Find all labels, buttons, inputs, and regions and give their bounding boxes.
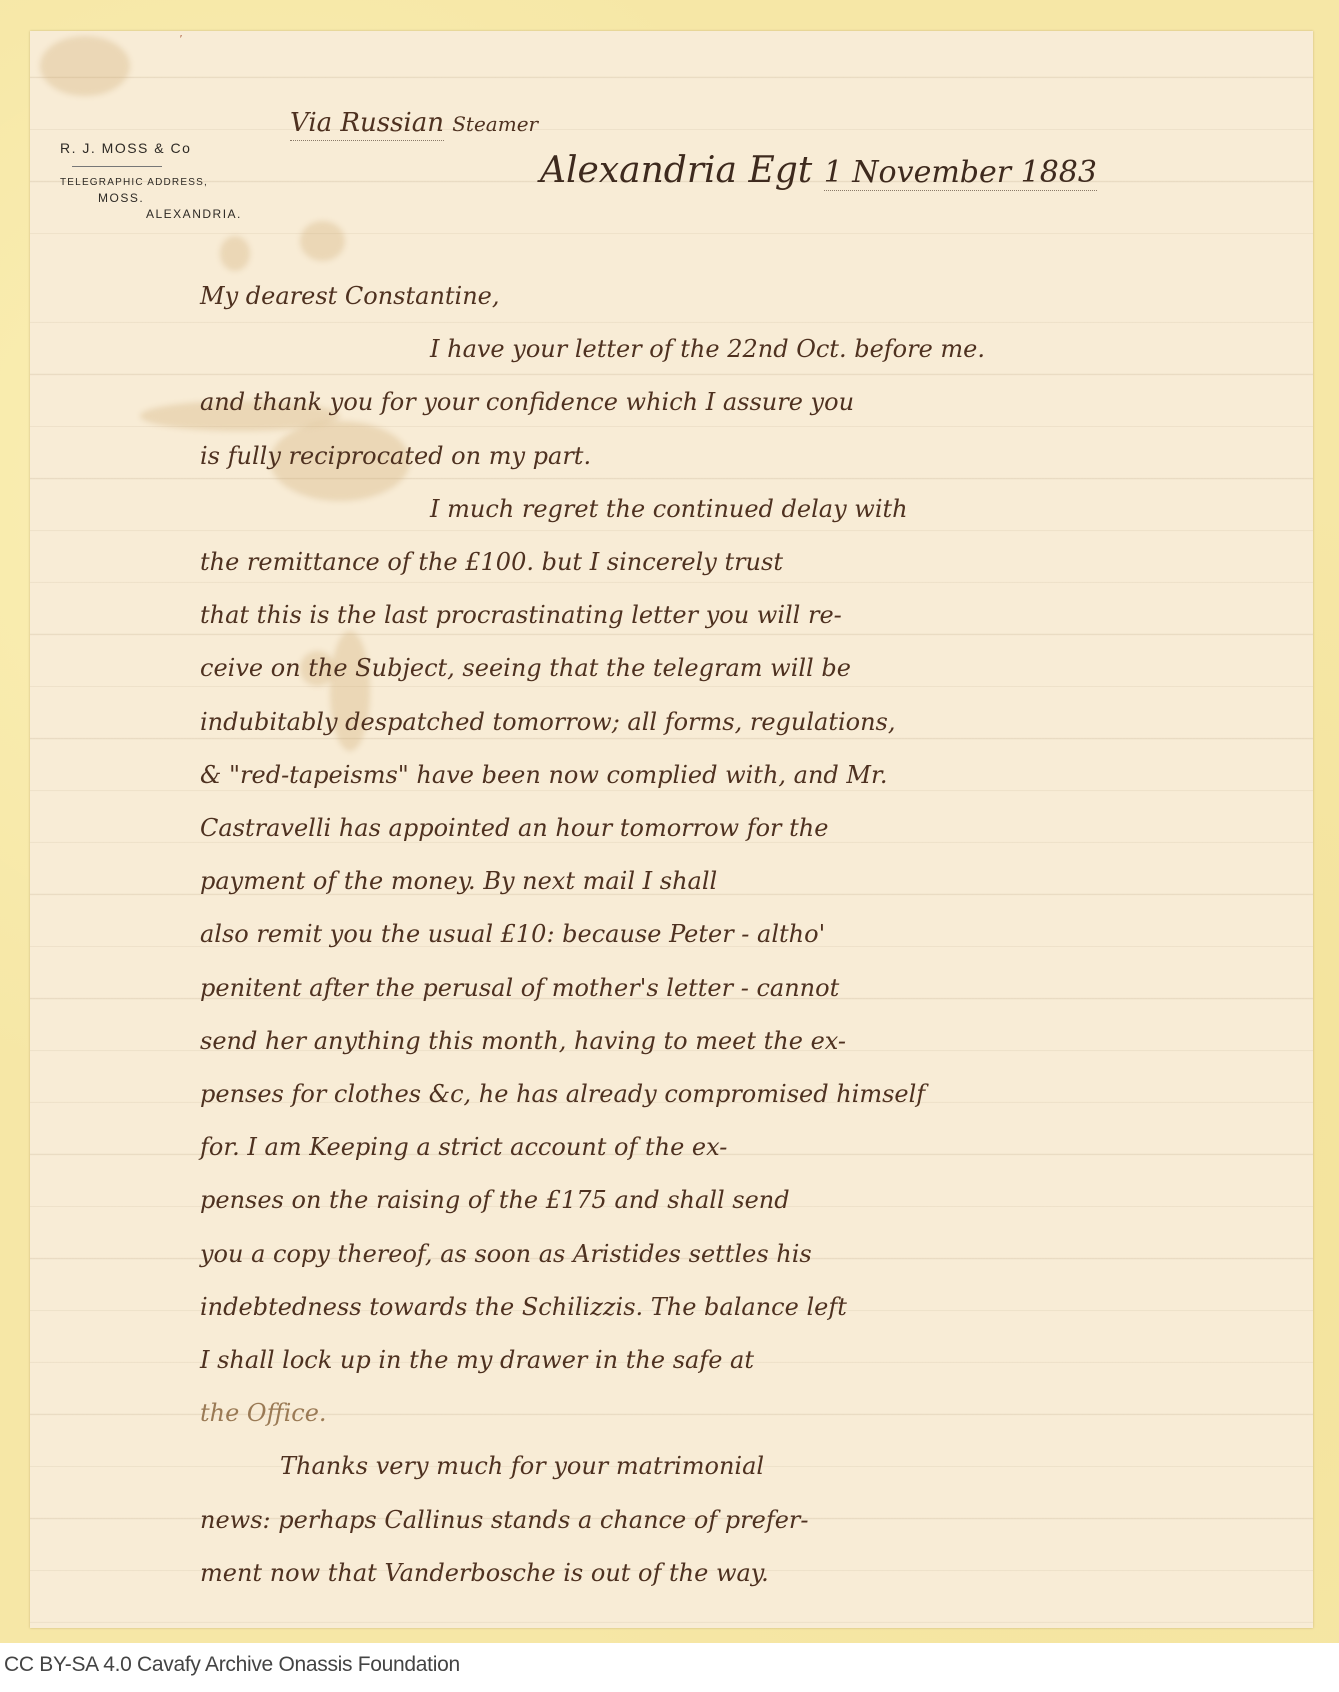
letter-line: you a copy thereof, as soon as Aristides… xyxy=(200,1228,1280,1281)
letter-line: the Office. xyxy=(200,1387,1280,1440)
letterhead: R. J. MOSS & Co TELEGRAPHIC ADDRESS, MOS… xyxy=(60,140,242,222)
letter-line: for. I am Keeping a strict account of th… xyxy=(200,1121,1280,1174)
dateline: Alexandria Egt 1 November 1883 xyxy=(540,150,1097,191)
routing-note: Via Russian Steamer xyxy=(290,108,538,138)
letter-line: that this is the last procrastinating le… xyxy=(200,589,1280,642)
letterhead-telegraphic-city: ALEXANDRIA. xyxy=(60,206,242,222)
letter-line: Thanks very much for your matrimonial xyxy=(200,1440,1280,1493)
letter-line: & "red-tapeisms" have been now complied … xyxy=(200,749,1280,802)
letter-line: and thank you for your confidence which … xyxy=(200,376,1280,429)
stain xyxy=(300,221,345,261)
letter-line: I much regret the continued delay with xyxy=(200,483,1280,536)
salutation: My dearest Constantine, xyxy=(200,270,1280,323)
letter-line: send her anything this month, having to … xyxy=(200,1015,1280,1068)
letterhead-telegraphic-name: MOSS. xyxy=(60,190,242,206)
letter-line: also remit you the usual £10: because Pe… xyxy=(200,908,1280,961)
letter-line: penses for clothes &c, he has already co… xyxy=(200,1068,1280,1121)
license-credit: CC BY-SA 4.0 Cavafy Archive Onassis Foun… xyxy=(4,1653,460,1677)
routing-via: Via Russian xyxy=(290,108,444,141)
letter-line: indubitably despatched tomorrow; all for… xyxy=(200,696,1280,749)
letter-line: indebtedness towards the Schilizzis. The… xyxy=(200,1281,1280,1334)
letter-line: payment of the money. By next mail I sha… xyxy=(200,855,1280,908)
letter-line: I shall lock up in the my drawer in the … xyxy=(200,1334,1280,1387)
letter-body: My dearest Constantine, I have your lett… xyxy=(200,270,1280,1600)
letterhead-telegraphic-label: TELEGRAPHIC ADDRESS, xyxy=(60,175,242,190)
letter-line: ment now that Vanderbosche is out of the… xyxy=(200,1547,1280,1600)
dateline-place: Alexandria Egt xyxy=(540,150,812,191)
stain xyxy=(40,36,130,96)
letterhead-rule xyxy=(72,166,162,167)
routing-suffix: Steamer xyxy=(452,112,538,136)
pencil-mark: ′ xyxy=(180,34,184,44)
letterhead-company: R. J. MOSS & Co xyxy=(60,140,242,156)
letter-line: Castravelli has appointed an hour tomorr… xyxy=(200,802,1280,855)
letter-line: is fully reciprocated on my part. xyxy=(200,430,1280,483)
letter-line: the remittance of the £100. but I sincer… xyxy=(200,536,1280,589)
letter-line: I have your letter of the 22nd Oct. befo… xyxy=(200,323,1280,376)
dateline-date: 1 November 1883 xyxy=(824,155,1097,191)
letter-line: news: perhaps Callinus stands a chance o… xyxy=(200,1494,1280,1547)
letter-line: ceive on the Subject, seeing that the te… xyxy=(200,642,1280,695)
letter-line: penitent after the perusal of mother's l… xyxy=(200,962,1280,1015)
stain xyxy=(220,236,250,271)
letter-line: penses on the raising of the £175 and sh… xyxy=(200,1174,1280,1227)
